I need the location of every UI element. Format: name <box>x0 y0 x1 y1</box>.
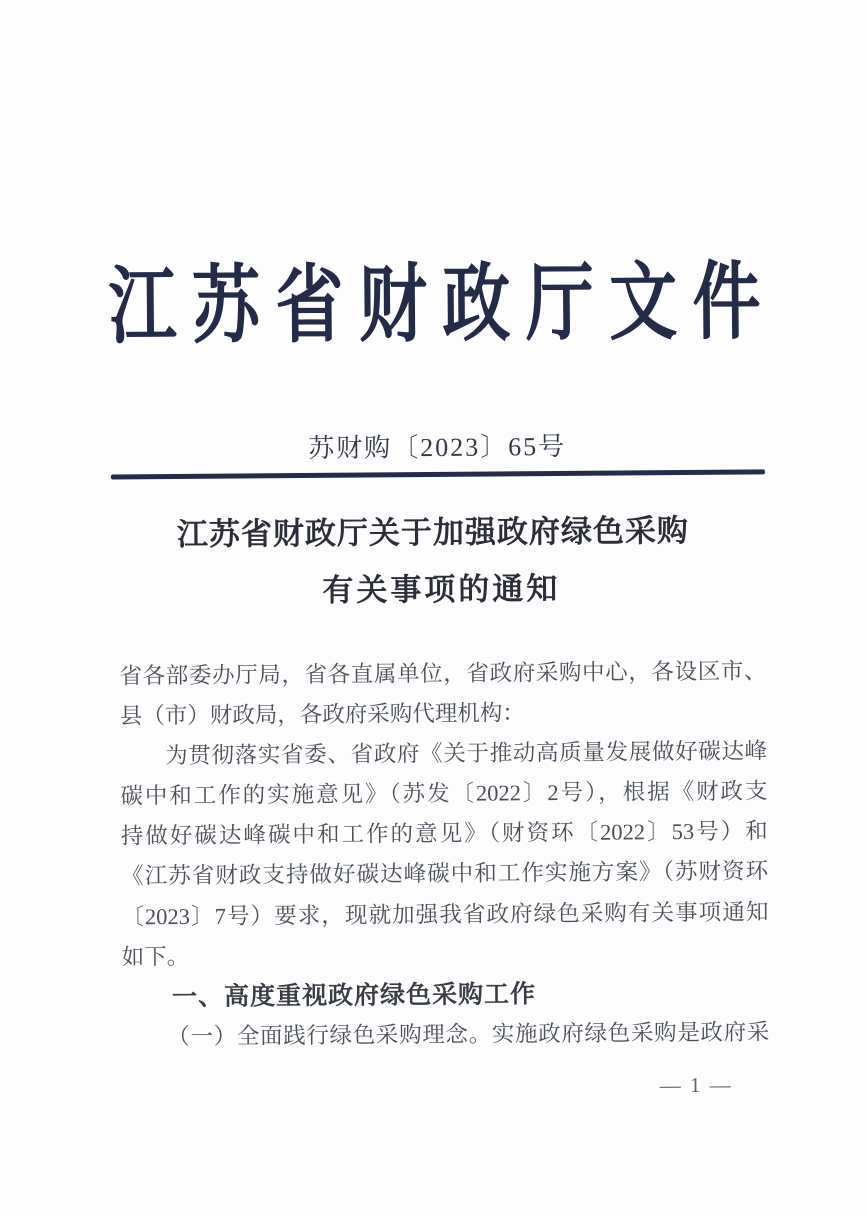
body-line-4: 碳中和工作的实施意见》（苏发〔2022〕2号），根据《财政支 <box>120 772 767 817</box>
org-title-char: 文 <box>609 260 678 346</box>
body-line-2: 县（市）财政局，各政府采购代理机构： <box>120 691 767 736</box>
body-line-6: 《江苏省财政支持做好碳达峰碳中和工作实施方案》（苏财资环 <box>121 852 768 897</box>
body-line-1: 省各部委办厅局，省各直属单位，省政府采购中心，各设区市、 <box>119 651 766 696</box>
doc-reference-number: 苏财购〔2023〕65号 <box>4 424 867 468</box>
scanned-document-page: 江苏省财政厅文件 苏财购〔2023〕65号 江苏省财政厅关于加强政府绿色采购 有… <box>0 0 867 1216</box>
body-line-8: 如下。 <box>122 932 769 977</box>
org-title-char: 江 <box>108 264 177 350</box>
body-line-3: 为贯彻落实省委、省政府《关于推动高质量发展做好碳达峰 <box>120 732 767 777</box>
org-title-char: 厅 <box>525 261 594 347</box>
org-title-char: 财 <box>359 262 428 348</box>
page-number: — 1 — <box>660 1073 733 1099</box>
document-body: 省各部委办厅局，省各直属单位，省政府采购中心，各设区市、县（市）财政局，各政府采… <box>119 651 769 1057</box>
org-title-char: 件 <box>692 259 761 345</box>
body-line-5: 持做好碳达峰碳中和工作的意见》（财资环〔2022〕53号）和 <box>121 812 768 857</box>
document-title-line-1: 江苏省财政厅关于加强政府绿色采购 <box>0 510 867 557</box>
body-line-9: 一、高度重视政府绿色采购工作 <box>122 972 769 1017</box>
org-title-char: 省 <box>275 263 344 349</box>
org-title-char: 苏 <box>192 263 261 349</box>
masthead-divider-rule <box>111 469 765 479</box>
masthead-org-title: 江苏省财政厅文件 <box>108 259 761 349</box>
scan-tilt-wrapper: 江苏省财政厅文件 苏财购〔2023〕65号 江苏省财政厅关于加强政府绿色采购 有… <box>0 0 867 1216</box>
document-title-line-2: 有关事项的通知 <box>8 567 867 614</box>
body-line-7: 〔2023〕7号）要求，现就加强我省政府绿色采购有关事项通知 <box>121 892 768 937</box>
body-line-10: （一）全面践行绿色采购理念。实施政府绿色采购是政府采 <box>122 1012 769 1057</box>
org-title-char: 政 <box>442 261 511 347</box>
